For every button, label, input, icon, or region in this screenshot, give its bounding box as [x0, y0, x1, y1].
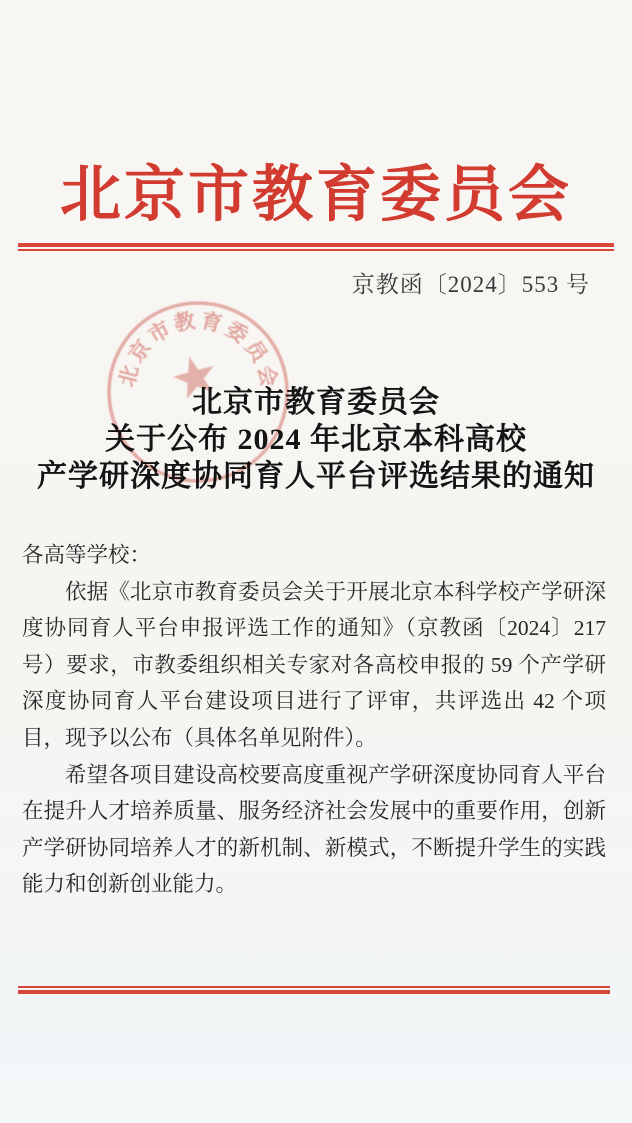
svg-text:北京市教育委员会: 北京市教育委员会: [115, 308, 282, 392]
body-paragraph-1: 依据《北京市教育委员会关于开展北京本科学校产学研深度协同育人平台申报评选工作的通…: [22, 574, 606, 757]
title-line-1: 北京市教育委员会: [0, 384, 632, 421]
letterhead-org-name: 北京市教育委员会: [0, 146, 632, 233]
title-line-3: 产学研深度协同育人平台评选结果的通知: [0, 458, 632, 495]
document-page: 北京市教育委员会 京教函〔2024〕553 号 北京市教育委员会 北京市教育委员…: [0, 0, 632, 1123]
body-paragraph-2: 希望各项目建设高校要高度重视产学研深度协同育人平台在提升人才培养质量、服务经济社…: [22, 757, 606, 903]
document-number: 京教函〔2024〕553 号: [352, 266, 590, 299]
title-line-2: 关于公布 2024 年北京本科高校: [0, 421, 632, 458]
seal-text: 北京市教育委员会: [115, 308, 282, 392]
footer-rule: [18, 986, 610, 994]
document-title: 北京市教育委员会 关于公布 2024 年北京本科高校 产学研深度协同育人平台评选…: [0, 384, 632, 495]
footer-rule-thin: [18, 986, 610, 988]
letterhead-rule: [18, 243, 614, 251]
salutation: 各高等学校：: [22, 537, 606, 574]
footer-rule-thick: [18, 990, 610, 994]
document-body: 各高等学校： 依据《北京市教育委员会关于开展北京本科学校产学研深度协同育人平台申…: [22, 537, 606, 903]
letterhead-rule-thin: [18, 249, 614, 251]
letterhead-rule-thick: [18, 243, 614, 247]
